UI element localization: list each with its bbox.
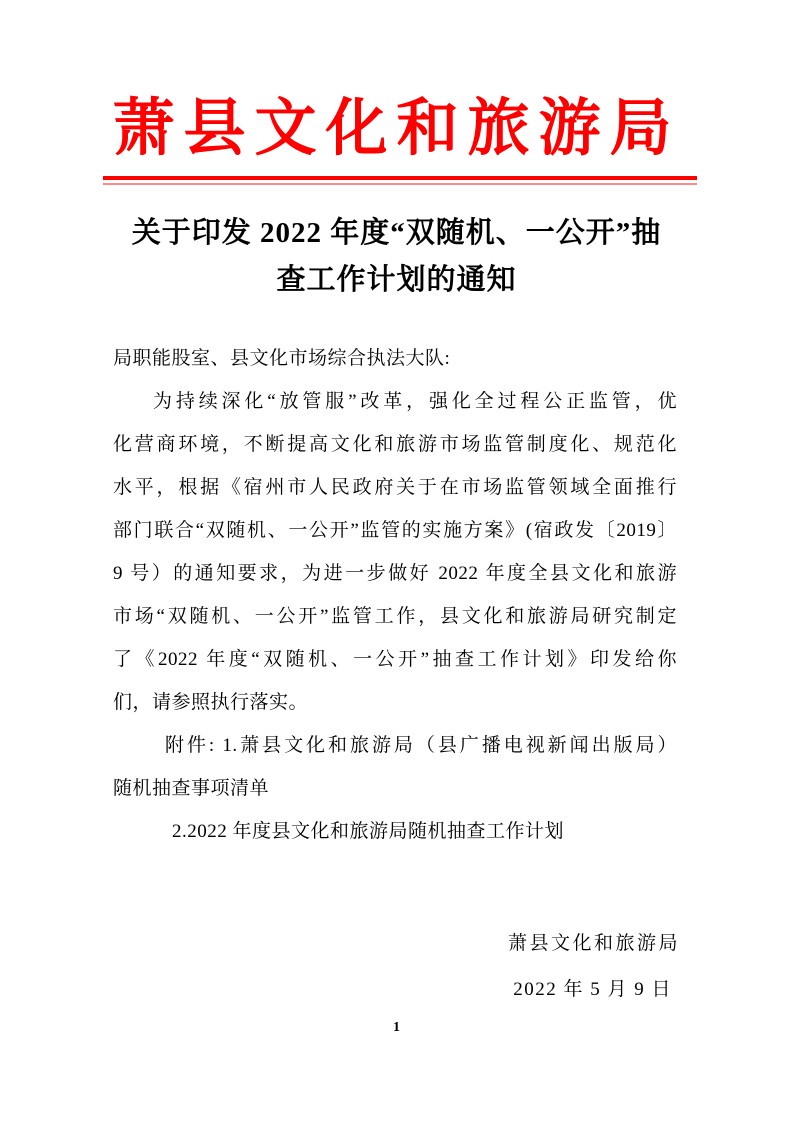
- red-separator-rule: [103, 176, 697, 185]
- body-line: 水平，根据《宿州市人民政府关于在市场监管领域全面推行: [113, 466, 677, 509]
- document-title-line-1: 关于印发 2022 年度“双随机、一公开”抽: [50, 210, 743, 257]
- attachment-line: 附件: 1.萧县文化和旅游局（县广播电视新闻出版局）: [113, 724, 677, 767]
- body-line: 了《2022 年度“双随机、一公开”抽查工作计划》印发给你: [113, 638, 677, 681]
- document-title-line-2: 查工作计划的通知: [50, 257, 743, 304]
- attachment-line: 随机抽查事项清单: [113, 767, 677, 810]
- signature-agency: 萧县文化和旅游局: [508, 921, 680, 967]
- signature-block: 萧县文化和旅游局 2022 年 5 月 9 日: [508, 921, 680, 1013]
- signature-date: 2022 年 5 月 9 日: [508, 967, 672, 1013]
- attachment-line: 2.2022 年度县文化和旅游局随机抽查工作计划: [113, 810, 677, 853]
- document-body: 局职能股室、县文化市场综合执法大队: 为持续深化“放管服”改革，强化全过程公正监…: [113, 337, 677, 853]
- body-line: 部门联合“双随机、一公开”监管的实施方案》(宿政发〔2019〕: [113, 509, 677, 552]
- document-title: 关于印发 2022 年度“双随机、一公开”抽 查工作计划的通知: [50, 210, 743, 304]
- body-line: 为持续深化“放管服”改革，强化全过程公正监管，优: [113, 380, 677, 423]
- body-line: 化营商环境，不断提高文化和旅游市场监管制度化、规范化: [113, 423, 677, 466]
- page-number: 1: [0, 1020, 793, 1036]
- document-page: 萧县文化和旅游局 关于印发 2022 年度“双随机、一公开”抽 查工作计划的通知…: [0, 0, 793, 1122]
- salutation: 局职能股室、县文化市场综合执法大队:: [113, 337, 677, 380]
- body-line: 们，请参照执行落实。: [113, 681, 677, 724]
- letterhead-agency-title: 萧县文化和旅游局: [0, 90, 793, 168]
- body-line: 市场“双随机、一公开”监管工作，县文化和旅游局研究制定: [113, 595, 677, 638]
- body-line: 9 号）的通知要求，为进一步做好 2022 年度全县文化和旅游: [113, 552, 677, 595]
